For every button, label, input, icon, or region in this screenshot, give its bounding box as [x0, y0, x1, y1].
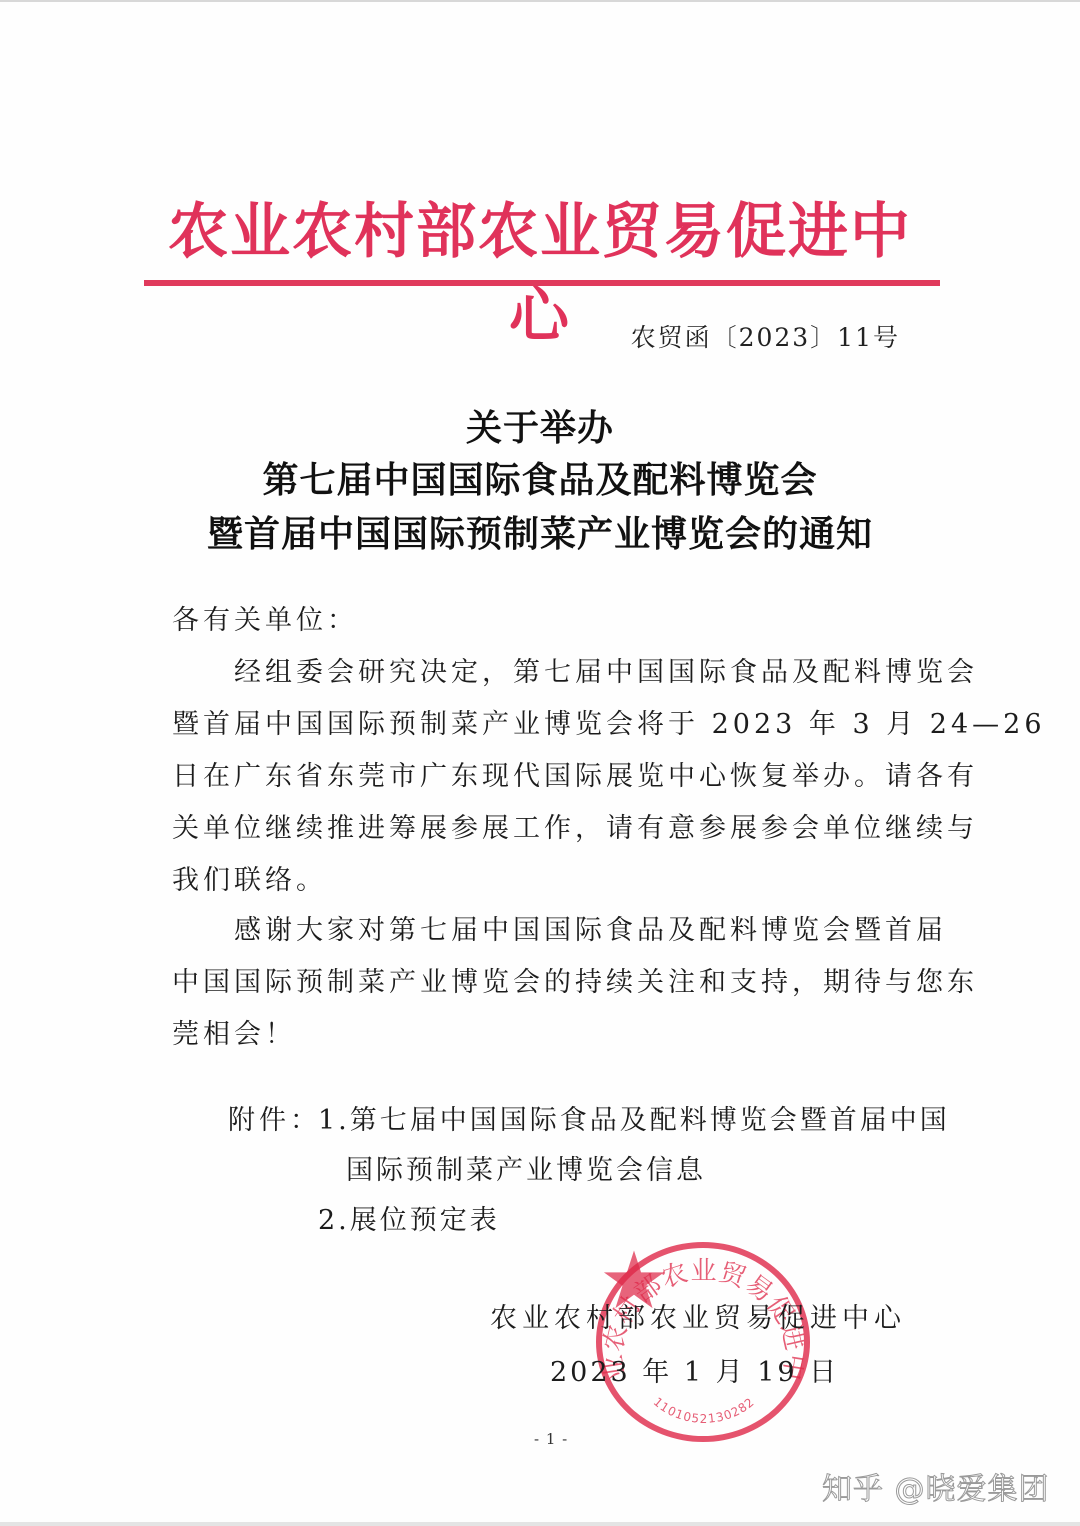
svg-text:1101052130282: 1101052130282: [651, 1395, 758, 1426]
paragraph-2-line-3: 莞相会！: [172, 1012, 296, 1051]
paragraph-1-line-3: 日在广东省东莞市广东现代国际展览中心恢复举办。请各有: [172, 754, 978, 793]
signature-date: 2023 年 1 月 19 日: [550, 1350, 839, 1389]
attachment-2: 2.展位预定表: [318, 1198, 500, 1237]
official-seal: 农业农村部农业贸易促进中心 1101052130282: [596, 1242, 810, 1442]
paragraph-1-line-4: 关单位继续推进筹展参展工作，请有意参展参会单位继续与: [172, 806, 978, 845]
title-line-3: 暨首届中国国际预制菜产业博览会的通知: [100, 506, 980, 557]
page-bottom-border: [0, 1522, 1080, 1526]
source-watermark: 知乎 @晓爱集团: [822, 1464, 1050, 1508]
title-line-2: 第七届中国国际食品及配料博览会: [100, 452, 980, 503]
paragraph-1-line-1: 经组委会研究决定，第七届中国国际食品及配料博览会: [172, 650, 978, 689]
paragraph-1-line-5: 我们联络。: [172, 858, 327, 897]
title-line-1: 关于举办: [100, 400, 980, 451]
page-number: - 1 -: [534, 1430, 568, 1448]
paragraph-1-line-2: 暨首届中国国际预制菜产业博览会将于 2023 年 3 月 24—26: [172, 702, 1046, 741]
attachment-1-line-2: 国际预制菜产业博览会信息: [346, 1148, 706, 1187]
paragraph-2-line-2: 中国国际预制菜产业博览会的持续关注和支持，期待与您东: [172, 960, 978, 999]
signature-organization: 农业农村部农业贸易促进中心: [490, 1296, 906, 1335]
attachments-label: 附件：: [228, 1098, 321, 1137]
letterhead-red-rule: [144, 280, 940, 286]
document-page: 农业农村部农业贸易促进中心 农贸函〔2023〕11号 关于举办 第七届中国国际食…: [0, 0, 1080, 1522]
attachment-1-line-1: 1.第七届中国国际食品及配料博览会暨首届中国: [318, 1098, 950, 1137]
document-number: 农贸函〔2023〕11号: [631, 318, 900, 354]
salutation: 各有关单位：: [172, 598, 358, 637]
paragraph-2-line-1: 感谢大家对第七届中国国际食品及配料博览会暨首届: [172, 908, 947, 947]
